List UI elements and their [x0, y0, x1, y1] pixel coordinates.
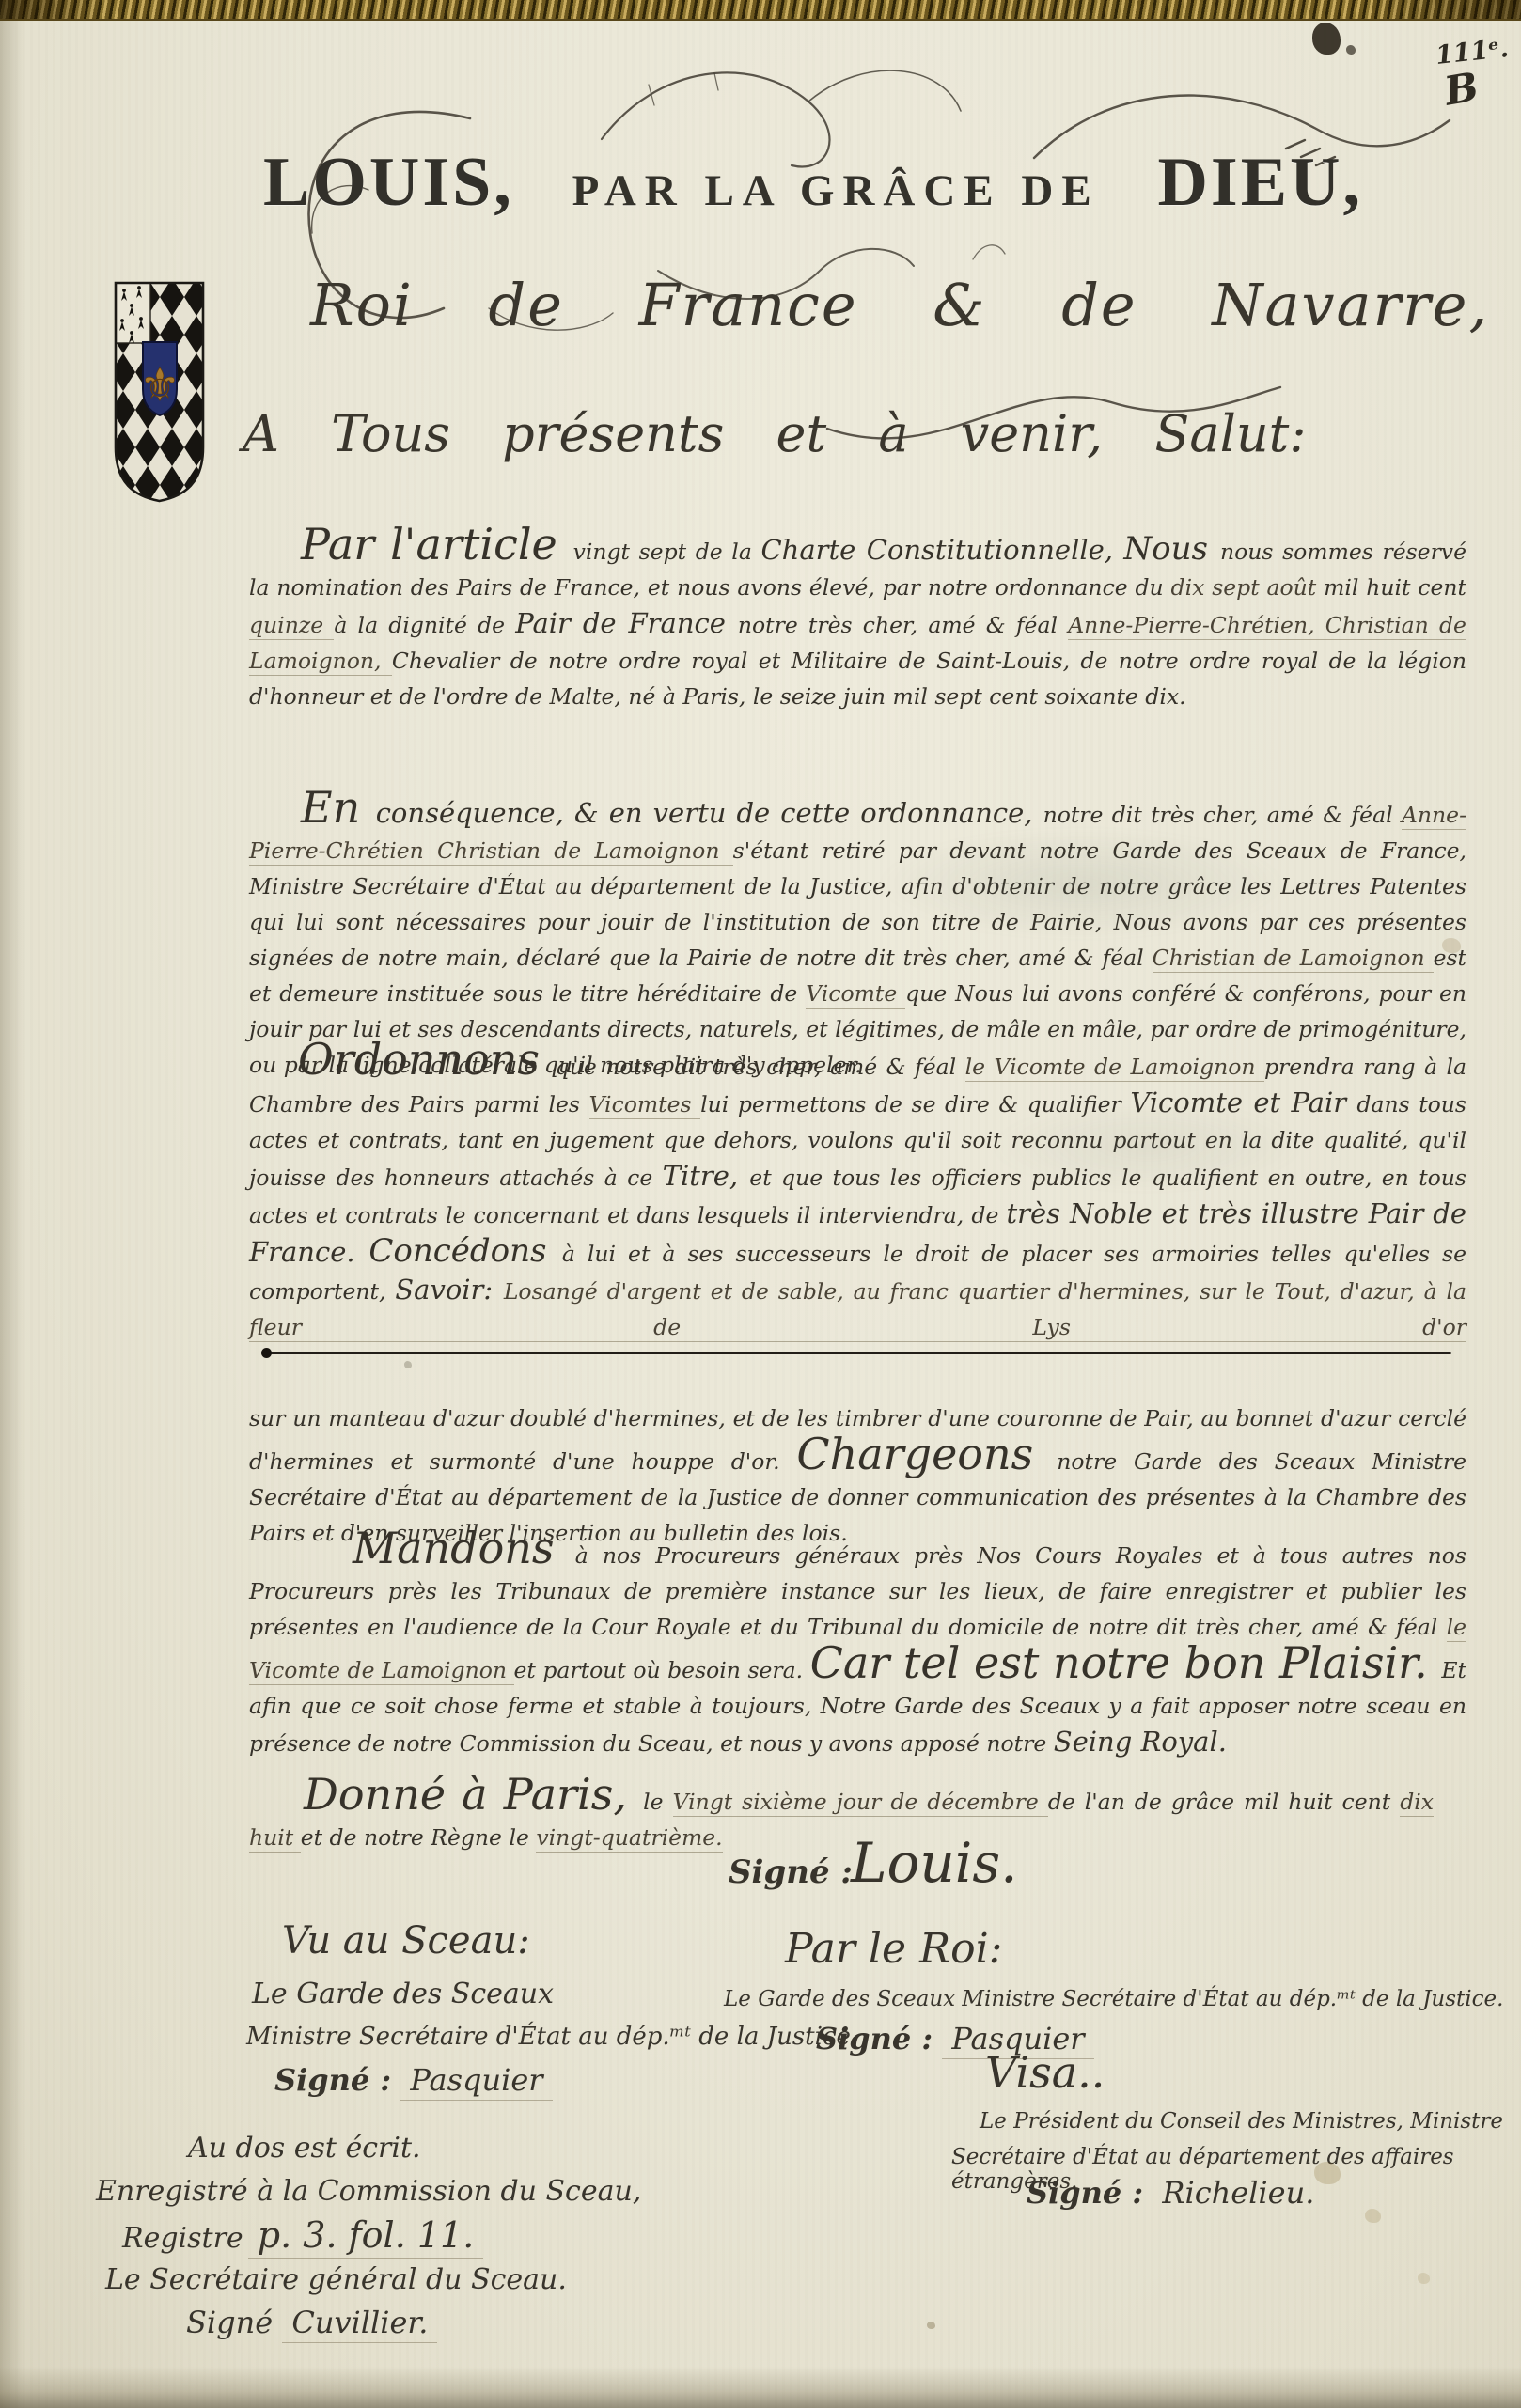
text-segment: Savoir:: [395, 1274, 504, 1306]
register-label: Registre: [122, 2222, 243, 2255]
text-segment: Charte Constitutionnelle,: [760, 534, 1123, 566]
text-segment: Vicomte: [806, 980, 905, 1009]
fleur-de-lis-icon: ⚜: [139, 359, 180, 412]
document-page: 111ᵉ. B LOUIS, PAR LA GRÂCE DE DIEU, Roi…: [0, 0, 1521, 2408]
text-segment: Car tel est notre bon Plaisir.: [810, 1637, 1442, 1688]
ink-stain: [1312, 23, 1341, 55]
separator-rule: [265, 1352, 1451, 1354]
text-segment: vingt-quatrième.: [536, 1824, 722, 1853]
text-segment: mil huit cent: [1324, 574, 1466, 601]
title-dieu: DIEU,: [1157, 143, 1363, 223]
signed-label: Signé :: [274, 2062, 391, 2098]
subtitle-royal-style: Roi de France & de Navarre,: [310, 271, 1489, 339]
text-segment: Chargeons: [796, 1429, 1057, 1479]
text-segment: Seing Royal.: [1054, 1726, 1227, 1758]
signed-name-cuvillier: Cuvillier.: [282, 2305, 437, 2343]
signed-label: Signé :: [816, 2021, 933, 2056]
title-middle: PAR LA GRÂCE DE: [572, 165, 1100, 216]
show-through-smudge: [790, 804, 1372, 963]
text-segment: Vingt sixième jour de décembre: [673, 1789, 1048, 1817]
text-segment: Par l'article: [301, 519, 573, 570]
registration-line0: Au dos est écrit.: [188, 2132, 421, 2165]
signed-label: Signé: [186, 2305, 273, 2340]
text-segment: que notre dit très cher, amé & féal: [556, 1054, 965, 1080]
royal-signature-label: Signé :: [729, 1853, 853, 1891]
escutcheon: ⚜: [139, 342, 180, 415]
stain: [404, 1361, 412, 1368]
text-segment: Donné à Paris,: [304, 1769, 643, 1820]
seal-left-line2: Ministre Secrétaire d'État au dép.ᵐᵗ de …: [246, 2023, 858, 2051]
seal-right-line1: Le Garde des Sceaux Ministre Secrétaire …: [724, 1987, 1503, 2011]
text-segment: Vicomtes: [589, 1091, 701, 1119]
signed-name-pasquier: Pasquier: [400, 2062, 552, 2101]
stain: [1365, 2209, 1381, 2223]
registration-line2: Registre p. 3. fol. 11.: [122, 2214, 483, 2256]
main-title: LOUIS, PAR LA GRÂCE DE DIEU,: [263, 143, 1363, 223]
ink-stain: [1346, 45, 1356, 55]
text-segment: et de notre Règne le: [301, 1824, 537, 1851]
body-paragraph-5: Mandons à nos Procureurs généraux près N…: [249, 1530, 1466, 1761]
stain: [1418, 2273, 1430, 2284]
seal-left-line1: Le Garde des Sceaux: [252, 1978, 554, 2010]
text-segment: Pair de France: [515, 607, 738, 639]
binding-shadow: [0, 0, 24, 2408]
text-segment: le: [643, 1789, 672, 1815]
paraph-mark: B: [1441, 63, 1482, 114]
text-segment: notre très cher, amé & féal: [738, 612, 1068, 638]
text-segment: dix sept août: [1171, 574, 1325, 602]
stain: [1314, 2162, 1341, 2184]
title-louis: LOUIS,: [263, 143, 514, 223]
text-segment: Titre,: [663, 1160, 750, 1192]
visa-heading: Visa..: [985, 2047, 1105, 2098]
text-segment: et partout où besoin sera.: [514, 1657, 810, 1683]
show-through-smudge: [921, 1081, 1372, 1212]
registration-line3: Le Secrétaire général du Sceau.: [105, 2263, 567, 2296]
signed-name-richelieu: Richelieu.: [1153, 2175, 1324, 2213]
text-segment: à la dignité de: [334, 612, 515, 638]
body-paragraph-6: Donné à Paris, le Vingt sixième jour de …: [249, 1776, 1434, 1855]
text-segment: Mandons: [353, 1523, 575, 1573]
registration-signed: Signé Cuvillier.: [186, 2305, 437, 2340]
ermine-canton: [116, 283, 150, 343]
stain: [1442, 938, 1461, 953]
text-segment: le Vicomte de Lamoignon: [965, 1054, 1264, 1082]
text-segment: En: [301, 782, 376, 833]
text-segment: quinze: [249, 612, 334, 640]
body-paragraph-1: Par l'article vingt sept de la Charte Co…: [249, 526, 1466, 714]
text-segment: vingt sept de la: [573, 539, 761, 565]
visa-signed: Signé : Richelieu.: [1027, 2175, 1324, 2211]
gold-braid-binding: [0, 0, 1521, 21]
royal-signature-name: Louis.: [851, 1831, 1018, 1895]
seal-left-signed: Signé : Pasquier: [274, 2062, 553, 2098]
text-segment: Chevalier de notre ordre royal et Milita…: [249, 648, 1466, 710]
registration-line1: Enregistré à la Commission du Sceau,: [96, 2175, 641, 2208]
signed-label: Signé :: [1027, 2175, 1143, 2211]
stain: [927, 2322, 935, 2329]
seal-heading-left: Vu au Sceau:: [282, 1919, 530, 1962]
text-segment: Concédons: [368, 1232, 561, 1270]
visa-line1: Le Président du Conseil des Ministres, M…: [980, 2109, 1503, 2134]
page-bottom-edge: [0, 2367, 1521, 2408]
seal-heading-right: Par le Roi:: [785, 1925, 1003, 1973]
register-value: p. 3. fol. 11.: [248, 2214, 484, 2259]
text-segment: Nous: [1123, 530, 1220, 568]
salutation-line: A Tous présents et à venir, Salut:: [243, 404, 1307, 463]
coat-of-arms: ⚜: [111, 278, 208, 504]
text-segment: Ordonnons: [298, 1034, 556, 1085]
text-segment: de l'an de grâce mil huit cent: [1048, 1789, 1400, 1815]
